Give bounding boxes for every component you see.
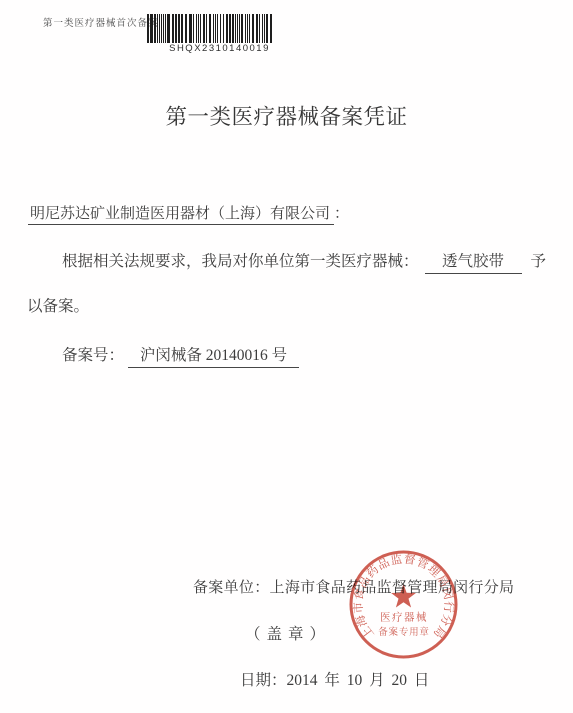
corner-label: 第一类医疗器械首次备案 bbox=[43, 15, 159, 29]
date-label: 日期： bbox=[240, 672, 287, 689]
body-text-prefix: 根据相关法规要求，我局对你单位第一类医疗器械： bbox=[62, 253, 419, 270]
stamp-note: （盖章） bbox=[245, 622, 331, 644]
certificate-page: 第一类医疗器械首次备案 SHQX2310140019 第一类医疗器械备案凭证 明… bbox=[0, 0, 573, 713]
company-name: 明尼苏达矿业制造医用器材（上海）有限公司 bbox=[28, 206, 334, 225]
barcode: SHQX2310140019 bbox=[147, 14, 292, 54]
filing-number-label: 备案号： bbox=[62, 347, 124, 364]
seal-center-line2: 备案专用章 bbox=[378, 626, 430, 638]
recipient-line: 明尼苏达矿业制造医用器材（上海）有限公司： bbox=[28, 202, 349, 223]
seal-star-icon bbox=[391, 584, 416, 608]
date-line: 日期：2014 年 10 月 20 日 bbox=[240, 668, 429, 690]
body-line-1: 根据相关法规要求，我局对你单位第一类医疗器械：透气胶带予 bbox=[62, 249, 546, 274]
seal-ring bbox=[351, 552, 456, 657]
body-line-2: 以备案。 bbox=[27, 294, 89, 316]
barcode-bars bbox=[147, 14, 290, 43]
page-title: 第一类医疗器械备案凭证 bbox=[165, 100, 407, 131]
seal-center-line1: 医疗器械 bbox=[380, 611, 428, 624]
body-text-suffix: 予 bbox=[531, 253, 547, 270]
recipient-colon: ： bbox=[334, 206, 349, 222]
official-seal: 上海市食品药品监督管理局闵行分局 医疗器械 备案专用章 bbox=[348, 549, 459, 660]
filing-number-line: 备案号：沪闵械备 20140016 号 bbox=[62, 343, 299, 368]
authority-label: 备案单位： bbox=[193, 580, 270, 596]
device-name: 透气胶带 bbox=[425, 249, 522, 274]
date-value: 2014 年 10 月 20 日 bbox=[287, 672, 430, 689]
barcode-value: SHQX2310140019 bbox=[147, 43, 292, 54]
filing-number: 沪闵械备 20140016 号 bbox=[128, 343, 299, 368]
